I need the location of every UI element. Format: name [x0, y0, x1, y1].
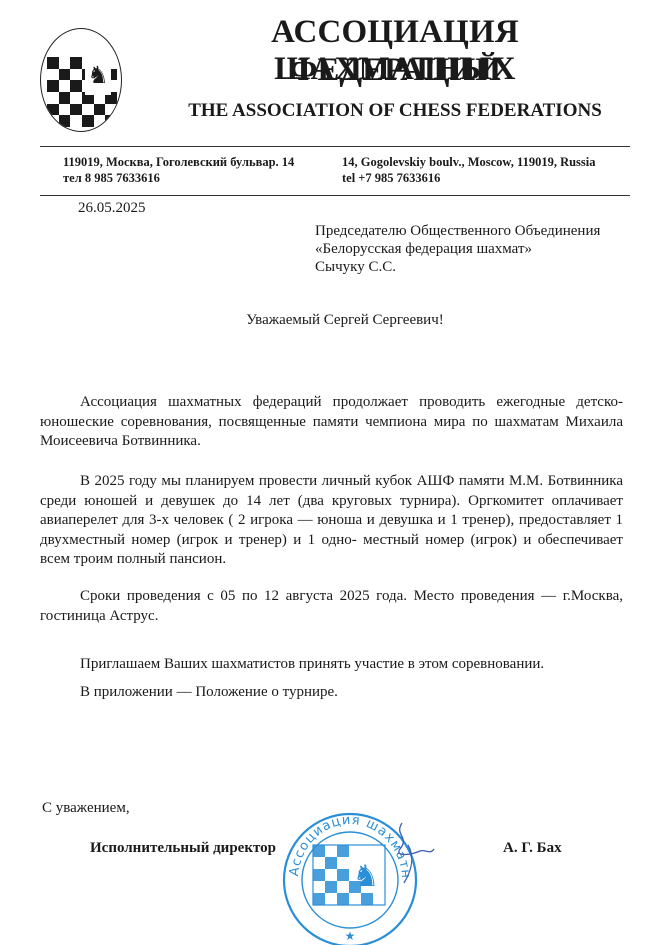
recipient-line-2: «Белорусская федерация шахмат» — [315, 240, 600, 258]
svg-text:♞: ♞ — [353, 859, 380, 894]
closing: С уважением, — [42, 800, 130, 817]
address-block-en: 14, Gogolevskiy boulv., Moscow, 119019, … — [342, 154, 596, 186]
association-logo: ♞ — [40, 28, 122, 132]
handwritten-signature — [390, 815, 440, 885]
body-paragraph-1: Ассоциация шахматных федераций продолжае… — [40, 393, 623, 452]
recipient-line-1: Председателю Общественного Объединения — [315, 222, 600, 240]
body-paragraph-2: В 2025 году мы планируем провести личный… — [40, 472, 623, 570]
phone-ru: тел 8 985 7633616 — [63, 170, 294, 186]
letter-date: 26.05.2025 — [78, 200, 146, 217]
header-divider-top — [40, 146, 630, 147]
address-ru: 119019, Москва, Гоголевский бульвар. 14 — [63, 154, 294, 170]
recipient-line-3: Сычуку С.С. — [315, 258, 600, 276]
org-title-ru-line2: ФЕДЕРАЦИЙ — [150, 52, 640, 89]
recipient-block: Председателю Общественного Объединения «… — [315, 222, 600, 276]
address-block-ru: 119019, Москва, Гоголевский бульвар. 14 … — [63, 154, 294, 186]
svg-text:★: ★ — [345, 929, 356, 943]
signatory-position: Исполнительный директор — [90, 840, 276, 857]
knight-rook-icon: ♞ — [85, 57, 111, 95]
signatory-name: А. Г. Бах — [503, 840, 562, 857]
attachment-line: В приложении — Положение о турнире. — [80, 684, 338, 701]
org-title-en: THE ASSOCIATION OF CHESS FEDERATIONS — [150, 100, 640, 122]
greeting: Уважаемый Сергей Сергеевич! — [0, 312, 650, 329]
address-en: 14, Gogolevskiy boulv., Moscow, 119019, … — [342, 154, 596, 170]
phone-en: tel +7 985 7633616 — [342, 170, 596, 186]
invitation-line: Приглашаем Ваших шахматистов принять уча… — [80, 656, 544, 673]
header-divider-bottom — [40, 195, 630, 196]
body-paragraph-3: Сроки проведения с 05 по 12 августа 2025… — [40, 587, 623, 626]
